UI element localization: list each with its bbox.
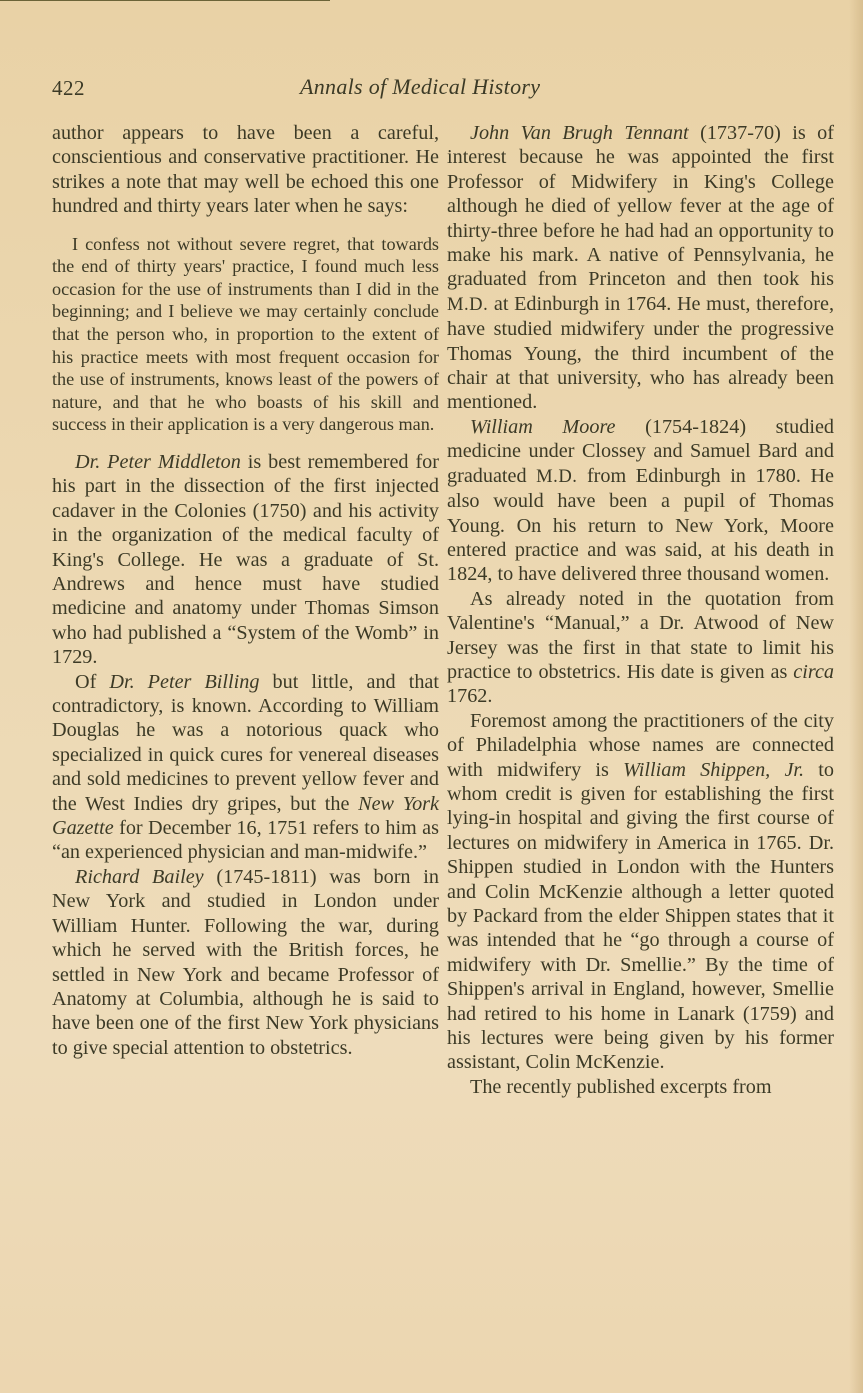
person-name: Dr. Peter Billing xyxy=(109,671,259,693)
running-title: Annals of Medical History xyxy=(300,74,540,100)
paragraph-middleton: Dr. Peter Middleton is best remembered f… xyxy=(52,450,439,670)
page-edge-line xyxy=(0,0,330,1)
block-quote: I confess not without severe regret, tha… xyxy=(52,233,439,436)
latin-term: circa xyxy=(793,661,834,683)
left-column: author appears to have been a careful, c… xyxy=(52,121,439,1060)
paragraph-atwood: As already noted in the quotation from V… xyxy=(447,587,834,709)
person-name: Dr. Peter Middleton xyxy=(75,451,241,473)
person-name: Richard Bailey xyxy=(75,866,204,888)
page-edge-shadow xyxy=(849,0,863,1393)
degree-abbrev: M.D. xyxy=(536,466,577,487)
paragraph-moore: William Moore (1754-1824) studied medici… xyxy=(447,415,834,587)
person-name: John Van Brugh Tennant xyxy=(470,122,689,144)
paragraph-continued: The recently published excerpts from xyxy=(447,1075,834,1099)
right-column: John Van Brugh Tennant (1737-70) is of i… xyxy=(447,121,834,1099)
quote-text: I confess not without severe regret, tha… xyxy=(52,233,439,436)
page-number: 422 xyxy=(52,76,85,101)
paragraph-shippen: Foremost among the practitioners of the … xyxy=(447,709,834,1075)
degree-abbrev: M.D. xyxy=(447,294,488,315)
paragraph-tennant: John Van Brugh Tennant (1737-70) is of i… xyxy=(447,121,834,415)
paragraph-bailey: Richard Bailey (1745-1811) was born in N… xyxy=(52,865,439,1060)
paragraph: author appears to have been a careful, c… xyxy=(52,121,439,219)
person-name: William Moore xyxy=(470,416,616,438)
paragraph-billing: Of Dr. Peter Billing but little, and tha… xyxy=(52,670,439,865)
person-name: William Shippen, Jr. xyxy=(623,759,804,781)
page-header: 422 Annals of Medical History xyxy=(52,72,812,108)
